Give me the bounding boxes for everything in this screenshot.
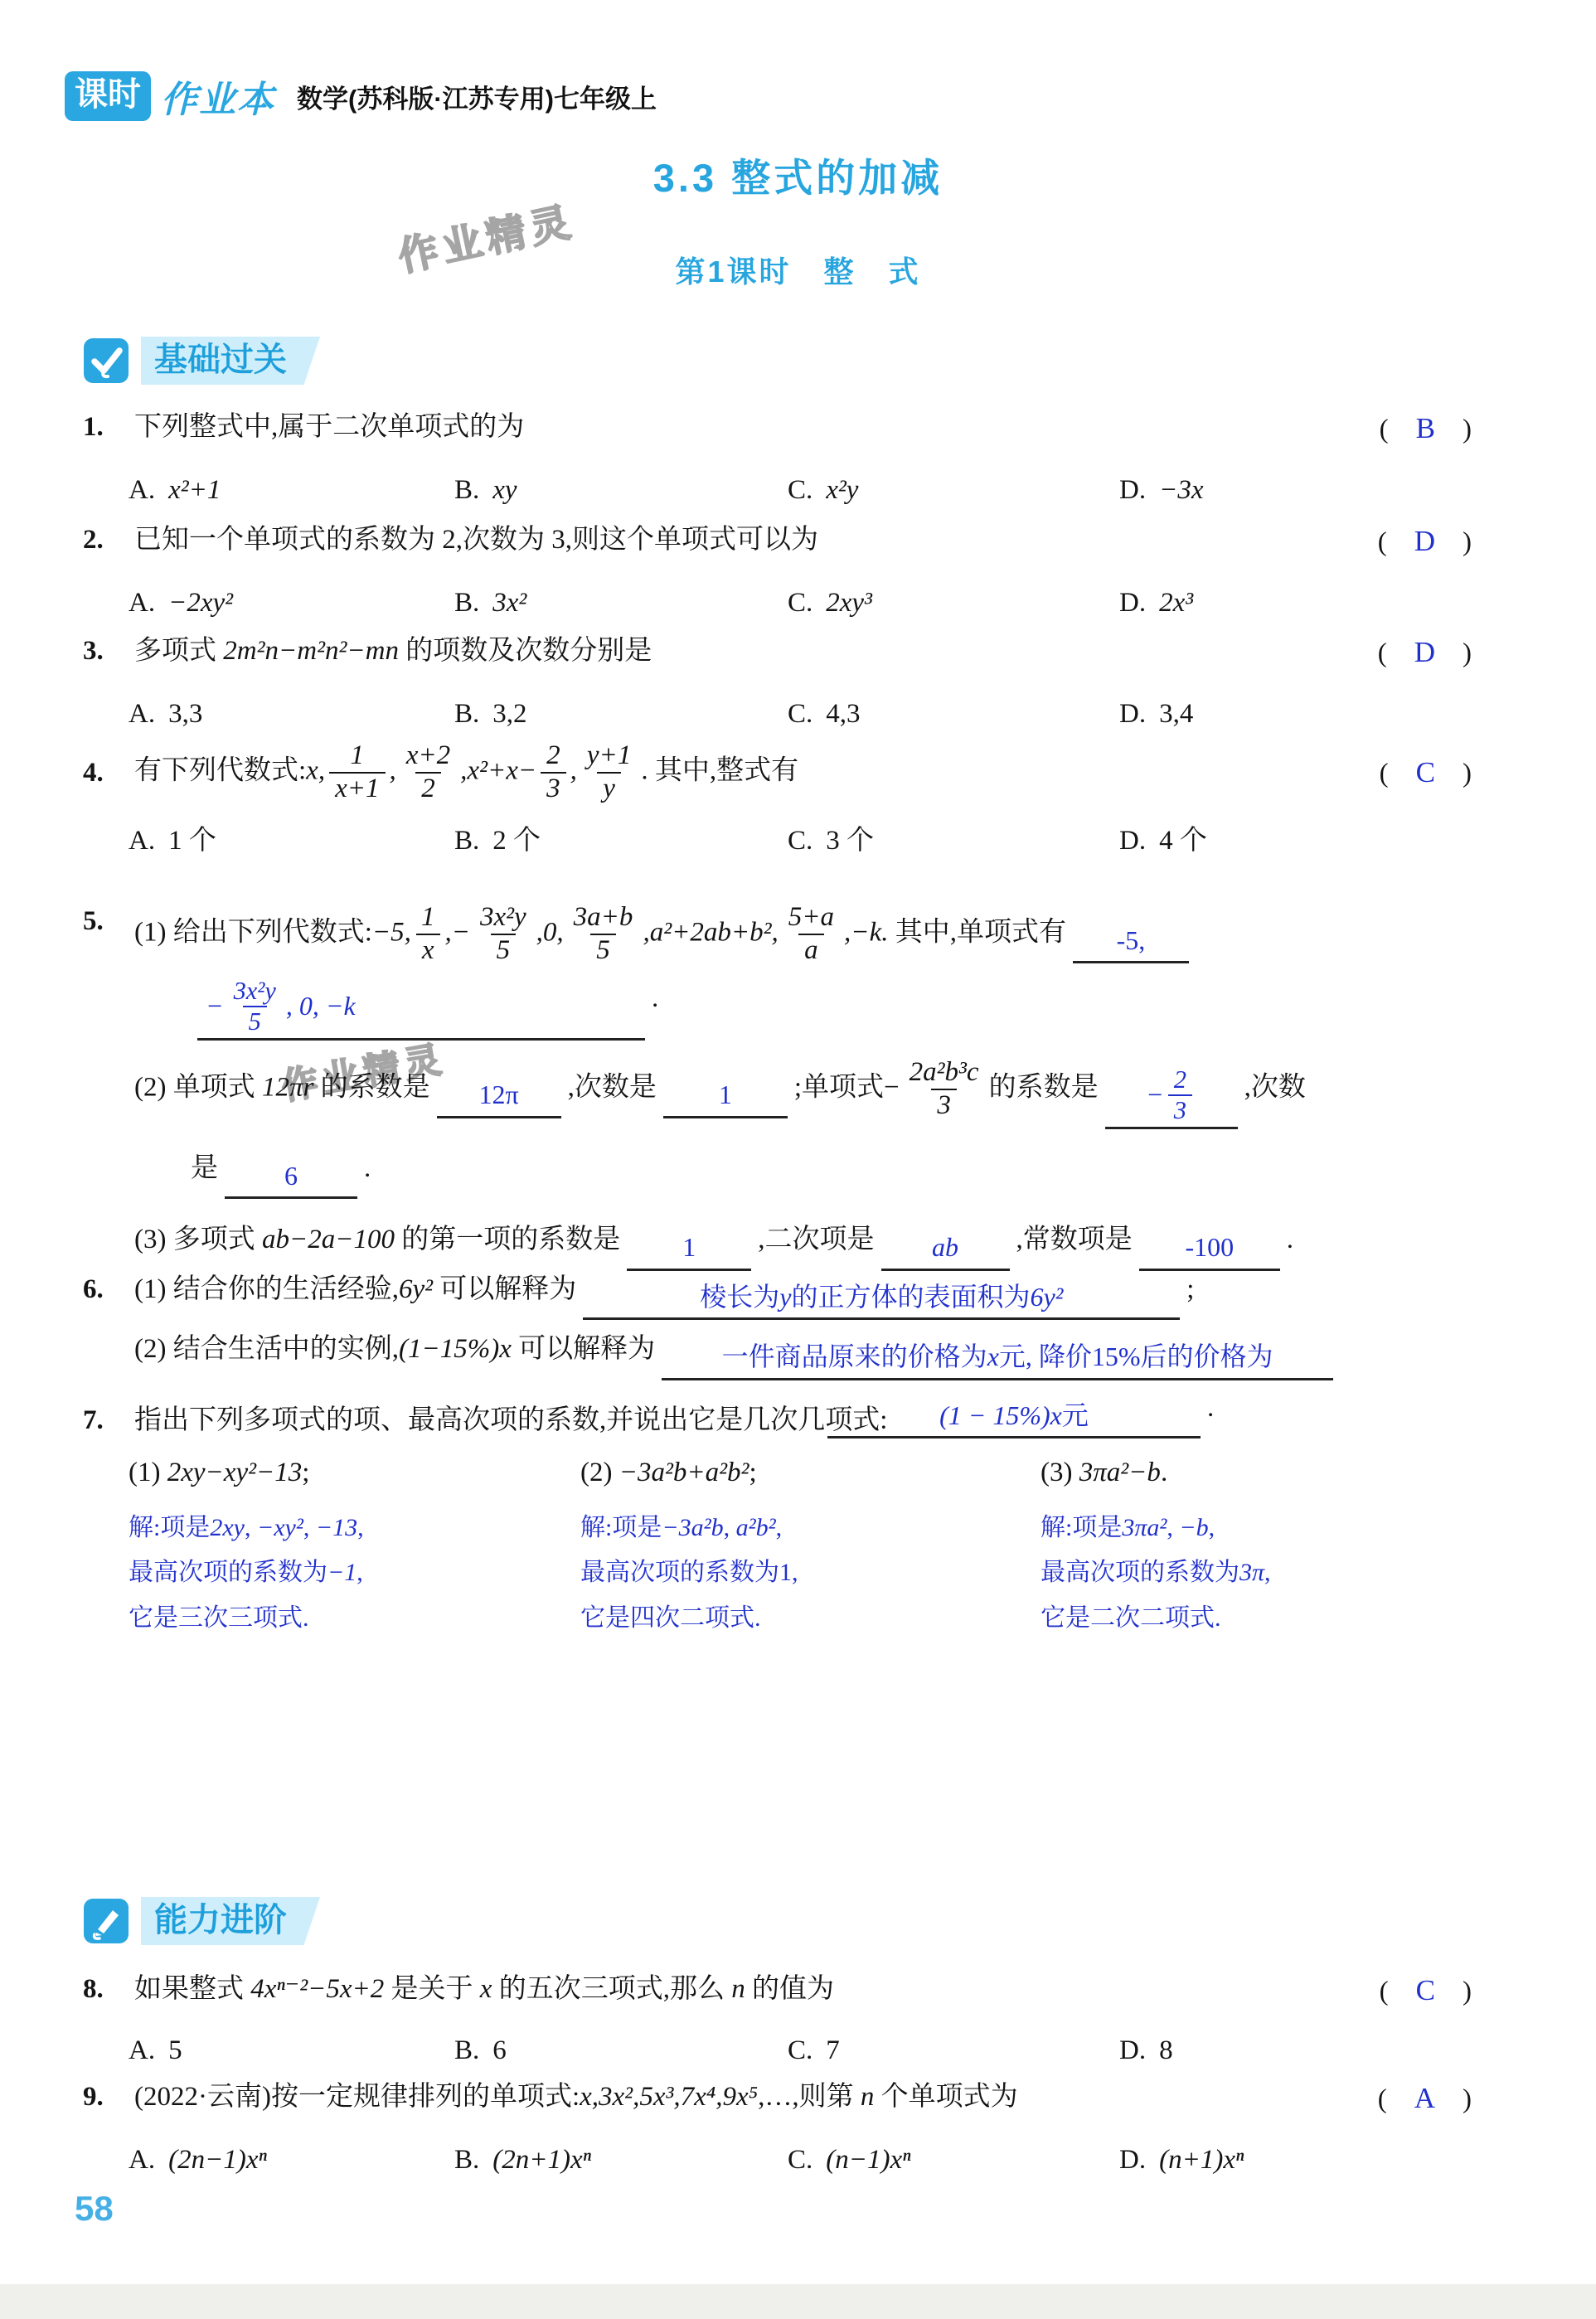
question-stem-row: 8. 如果整式 4xⁿ⁻²−5x+2 是关于 x 的五次三项式,那么 n 的值为… [83, 1970, 1509, 2011]
math-token: x²+1 [168, 475, 221, 505]
answer-parens: ( D ) [1293, 521, 1509, 562]
subproblem-3: (3) 3πa²−b. 解:项是3πa², −b, 最高次项的系数为3π, 它是… [1041, 1453, 1509, 1642]
answer-continuation-line: −3x²y5, 0, −k. [83, 977, 1509, 1041]
text-token: , [792, 1559, 798, 1586]
math-token: ,0, [536, 918, 564, 948]
text-token: ,二次项是 [758, 1225, 874, 1254]
text-token: , [1167, 1514, 1179, 1541]
text-token: ( [1378, 2084, 1414, 2114]
math-token: x, [306, 756, 325, 786]
question-stem-row: 5. (1) 给出下列代数式:−5,1x,−3x²y5,0,3a+b5,a²+2… [83, 902, 1509, 967]
brand-logo-text: 作业本 [161, 70, 275, 123]
text-token: ,次数是 [568, 1072, 657, 1102]
check-icon [83, 337, 129, 384]
text-token: ( [1378, 527, 1414, 557]
option-b: B.xy [454, 471, 788, 510]
option-c: C.7 [788, 2031, 1119, 2070]
options-row: A.−2xy² B.3x² C.2xy³ D.2x³ [83, 584, 1509, 623]
text-token: . [364, 1153, 371, 1183]
edition-text: 数学(苏科版·江苏专用)七年级上 [297, 78, 657, 115]
text-token: 它是三次三项式. [129, 1604, 309, 1632]
text-token: ) [1435, 759, 1472, 788]
text-token: ( [1380, 415, 1416, 444]
text-token: ) [1435, 415, 1472, 444]
option-a: A.−2xy² [129, 584, 454, 623]
text-token: , [1264, 1559, 1271, 1586]
section-advanced-badge: 能力进阶 [83, 1897, 320, 1945]
option-c: C.4,3 [788, 695, 1119, 734]
math-token: ab−2a−100 [262, 1225, 395, 1254]
fraction: 1x [415, 902, 441, 967]
math-token: 6y² [399, 1274, 433, 1304]
question-stem-row: 1. 下列整式中,属于二次单项式的为 ( B ) [83, 408, 1509, 449]
page-number: 58 [75, 2189, 114, 2229]
math-token: , 0, −k [286, 987, 356, 1025]
text-token: 的系数是 [313, 1072, 429, 1102]
text-token: 其中,单项式有 [888, 918, 1066, 948]
math-token: (1−15%)x [399, 1334, 512, 1364]
text-token: ( [1380, 1977, 1416, 2006]
numeric-token: 1 个 [168, 826, 216, 856]
option-b: B.6 [454, 2031, 788, 2070]
subproblem-expression: (1) 2xy−xy²−13; [129, 1453, 580, 1492]
answer-letter: D [1414, 636, 1435, 668]
text-token: ,次数 [1244, 1072, 1306, 1102]
question-5: 5. (1) 给出下列代数式:−5,1x,−3x²y5,0,3a+b5,a²+2… [83, 902, 1509, 1271]
option-c: C.(n−1)xⁿ [788, 2141, 1119, 2180]
sub-question-2-continuation: 是6. [83, 1149, 1509, 1199]
numeric-token: 4 个 [1159, 826, 1207, 856]
question-stem-row: 7. 指出下列多项式的项、最高次项的系数,并说出它是几次几项式: [83, 1401, 1509, 1440]
fill-in-blank: ab [881, 1229, 1010, 1270]
text-token: ; [1186, 1274, 1194, 1304]
numeric-token: 7 [826, 2035, 840, 2065]
text-token: 个单项式为 [874, 2082, 1017, 2112]
numeric-token: 8 [1159, 2035, 1173, 2065]
math-token: (2n−1)xⁿ [168, 2145, 267, 2175]
question-number: 1. [83, 408, 134, 447]
text-token: 如果整式 [134, 1974, 250, 2004]
math-token: 2xy³ [826, 588, 872, 618]
math-token: −3a²b [662, 1514, 723, 1541]
option-c: C.x²y [788, 471, 1119, 510]
text-token: 最高次项的系数为 [580, 1559, 779, 1586]
workbook-page: 课时 作业本 数学(苏科版·江苏专用)七年级上 作业精灵 作业精灵 3.3 整式… [0, 0, 1596, 2319]
text-token: ( [1380, 759, 1416, 788]
question-number: 4. [83, 754, 134, 793]
subproblem-columns: (1) 2xy−xy²−13; 解:项是2xy, −xy², −13, 最高次项… [83, 1453, 1509, 1642]
option-d: D.(n+1)xⁿ [1119, 2141, 1509, 2180]
answer-parens: ( D ) [1293, 632, 1509, 673]
numeric-token: 1 [719, 1076, 732, 1113]
text-token: (3) [1041, 1458, 1079, 1487]
math-token: 3x² [492, 588, 526, 618]
option-c: C.2xy³ [788, 584, 1119, 623]
math-token: −13 [316, 1514, 357, 1541]
numeric-token: 6 [492, 2035, 507, 2065]
question-number: 6. [83, 1270, 134, 1309]
math-token: n [861, 2082, 875, 2112]
question-text: (1) 给出下列代数式:−5,1x,−3x²y5,0,3a+b5,a²+2ab+… [134, 902, 1509, 967]
question-3: 3. 多项式 2m²n−m²n²−mn 的项数及次数分别是 ( D ) A.3,… [83, 632, 1509, 734]
text-token: ; [302, 1458, 309, 1487]
math-token: ab [932, 1229, 958, 1266]
text-token: (3) 多项式 [134, 1225, 262, 1254]
fill-in-blank: -100 [1139, 1229, 1280, 1270]
text-token: 解:项是 [1041, 1514, 1122, 1541]
text-token: 的第一项的系数是 [395, 1225, 620, 1254]
question-7: 7. 指出下列多项式的项、最高次项的系数,并说出它是几次几项式: (1) 2xy… [83, 1401, 1509, 1642]
question-stem-row: 2. 已知一个单项式的系数为 2,次数为 3,则这个单项式可以为 ( D ) [83, 521, 1509, 562]
text-token: , [245, 1514, 257, 1541]
text-token: (2) 结合生活中的实例, [134, 1334, 399, 1364]
text-token: 最高次项的系数为 [1041, 1559, 1239, 1586]
answer-letter: B [1416, 412, 1435, 444]
numeric-token: 4,3 [826, 699, 860, 729]
text-token: 指出下列多项式的项、最高次项的系数,并说出它是几次几项式: [134, 1405, 887, 1435]
options-row: A.5 B.6 C.7 D.8 [83, 2031, 1509, 2070]
answer-parens: ( C ) [1293, 752, 1509, 793]
text-token: (1) 给出下列代数式: [134, 918, 372, 948]
question-text: 下列整式中,属于二次单项式的为 [134, 408, 1293, 447]
text-token: ; [749, 1458, 756, 1487]
math-token: ,− [444, 918, 470, 948]
text-token: ) [1435, 527, 1472, 557]
math-token: 2xy [210, 1514, 245, 1541]
text-token: . [1287, 1225, 1293, 1254]
question-text: 多项式 2m²n−m²n²−mn 的项数及次数分别是 [134, 632, 1293, 671]
fraction: 5+aa [783, 902, 840, 967]
option-b: B.3,2 [454, 695, 788, 734]
solution-text: 解:项是3πa², −b, 最高次项的系数为3π, 它是二次二项式. [1041, 1506, 1509, 1642]
answer-letter: D [1414, 525, 1435, 557]
question-number: 7. [83, 1401, 134, 1440]
fill-in-blank: 1 [663, 1076, 788, 1118]
fraction: 23 [541, 740, 566, 805]
math-token: y [779, 1278, 791, 1316]
section-advanced-label: 能力进阶 [141, 1897, 320, 1945]
solution-text: 解:项是−3a²b, a²b², 最高次项的系数为1, 它是四次二项式. [580, 1506, 1041, 1642]
math-token: −3x [1159, 475, 1203, 505]
page-header: 课时 作业本 数学(苏科版·江苏专用)七年级上 [65, 70, 657, 123]
math-token: a²b² [736, 1514, 776, 1541]
fraction: 23 [1168, 1065, 1192, 1125]
math-token: 3π [1239, 1559, 1264, 1586]
option-d: D.4 个 [1119, 822, 1509, 861]
text-token: 是关于 [384, 1974, 480, 2004]
option-c: C.3 个 [788, 822, 1119, 861]
text-token: 的值为 [745, 1974, 834, 2004]
question-text: 有下列代数式:x,1x+1,x+22,x²+x−23,y+1y. 其中,整式有 [134, 740, 1293, 805]
answer-parens: ( C ) [1293, 1970, 1509, 2011]
text-token: ( [1378, 638, 1414, 668]
fill-in-blank: -5, [1073, 922, 1189, 963]
math-token: −xy² [257, 1514, 303, 1541]
text-token: . [1161, 1458, 1167, 1487]
numeric-token: 1 [779, 1559, 792, 1586]
option-b: B.3x² [454, 584, 788, 623]
math-token: −2xy² [168, 588, 233, 618]
math-token: 12πr [262, 1072, 313, 1102]
text-token: 下列整式中,属于二次单项式的为 [134, 412, 524, 442]
scan-edge [0, 2284, 1596, 2319]
text-token: ,常数项是 [1016, 1225, 1133, 1254]
math-token: 2xy−xy²−13 [167, 1458, 303, 1487]
text-token: 的正方体的表面积为 [791, 1278, 1030, 1316]
fraction: y+1y [581, 740, 637, 805]
text-token: . 其中,整式有 [641, 756, 798, 786]
numeric-token: 3,3 [168, 699, 202, 729]
text-token: ) [1435, 1977, 1472, 2006]
option-d: D.8 [1119, 2031, 1509, 2070]
pen-icon [83, 1898, 129, 1944]
option-b: B.2 个 [454, 822, 788, 861]
options-row: A.(2n−1)xⁿ B.(2n+1)xⁿ C.(n−1)xⁿ D.(n+1)x… [83, 2141, 1509, 2180]
math-token: (n+1)xⁿ [1159, 2145, 1244, 2175]
text-token: ;单项式− [794, 1072, 900, 1102]
chapter-title: 3.3 整式的加减 [0, 148, 1596, 203]
math-token: ,−k. [844, 918, 888, 948]
numeric-token: -100 [1185, 1229, 1234, 1266]
math-token: − [206, 987, 224, 1025]
text-token: , [776, 1514, 783, 1541]
solution-text: 解:项是2xy, −xy², −13, 最高次项的系数为−1, 它是三次三项式. [129, 1506, 580, 1642]
text-token: 棱长为 [700, 1278, 779, 1316]
text-token: 已知一个单项式的系数为 2,次数为 3,则这个单项式可以为 [134, 525, 818, 555]
numeric-token: 2 个 [492, 826, 541, 856]
question-text: (1) 结合你的生活经验,6y² 可以解释为棱长为y的正方体的表面积为6y²; [134, 1270, 1509, 1320]
question-stem-row: 4. 有下列代数式:x,1x+1,x+22,x²+x−23,y+1y. 其中,整… [83, 740, 1509, 805]
text-token: 可以解释为 [433, 1274, 576, 1304]
brand-logo-box: 课时 [65, 71, 151, 121]
math-token: 2x³ [1159, 588, 1193, 618]
fill-in-blank: 一件商品原来的价格为x元, 降价15%后的价格为 [662, 1338, 1333, 1380]
math-token: 3πa²−b [1079, 1458, 1161, 1487]
numeric-token: 3,4 [1159, 699, 1193, 729]
text-token: (1) [129, 1458, 167, 1487]
numeric-token: 1 [682, 1229, 696, 1266]
fill-in-blank: 6 [225, 1157, 357, 1199]
text-token: 多项式 [134, 636, 223, 666]
fill-in-blank: −3x²y5, 0, −k [197, 977, 645, 1041]
text-token: (2) 单项式 [134, 1072, 262, 1102]
options-row: A.3,3 B.3,2 C.4,3 D.3,4 [83, 695, 1509, 734]
option-a: A.(2n−1)xⁿ [129, 2141, 454, 2180]
fraction: x+22 [400, 740, 456, 805]
math-token: n [731, 1974, 745, 2004]
math-token: x²y [826, 475, 858, 505]
text-token: (2022·云南)按一定规律排列的单项式: [134, 2082, 580, 2112]
answer-letter: C [1416, 1974, 1435, 2006]
question-text: 如果整式 4xⁿ⁻²−5x+2 是关于 x 的五次三项式,那么 n 的值为 [134, 1970, 1293, 2009]
fill-in-blank: 1 [627, 1229, 751, 1270]
math-token: −3a²b+a²b² [619, 1458, 749, 1487]
math-token: 3πa² [1122, 1514, 1167, 1541]
text-token: , [1209, 1514, 1215, 1541]
fill-in-blank: −23 [1105, 1065, 1238, 1129]
text-token: ) [1435, 2084, 1472, 2114]
fraction: 1x+1 [329, 740, 385, 805]
question-stem-row: 9. (2022·云南)按一定规律排列的单项式:x,3x²,5x³,7x⁴,9x… [83, 2078, 1509, 2119]
text-token: 是 [191, 1153, 218, 1183]
question-8: 8. 如果整式 4xⁿ⁻²−5x+2 是关于 x 的五次三项式,那么 n 的值为… [83, 1970, 1509, 2070]
fraction: 3a+b5 [568, 902, 639, 967]
numeric-token: 6 [284, 1157, 298, 1195]
text-token: , [357, 1514, 364, 1541]
text-token: 的五次三项式,那么 [492, 1974, 731, 2004]
text-token: (2) [580, 1458, 619, 1487]
text-token: 的系数是 [989, 1072, 1099, 1102]
text-token: 它是二次二项式. [1041, 1604, 1221, 1632]
math-token: ,x²+x− [460, 756, 536, 786]
math-token: x [987, 1338, 999, 1375]
numeric-token: 3 个 [826, 826, 874, 856]
text-token: 一件商品原来的价格为 [722, 1338, 987, 1375]
section-basic-label: 基础过关 [141, 337, 320, 385]
math-token: −1 [327, 1559, 357, 1586]
subproblem-expression: (2) −3a²b+a²b²; [580, 1453, 1041, 1492]
lesson-subtitle: 第1课时 整 式 [0, 249, 1596, 291]
sub-question-2: (2) 结合生活中的实例,(1−15%)x 可以解释为一件商品原来的价格为x元,… [83, 1330, 1509, 1380]
math-token: (2n+1)xⁿ [492, 2145, 591, 2175]
question-text: (2022·云南)按一定规律排列的单项式:x,3x²,5x³,7x⁴,9x⁵,…… [134, 2078, 1293, 2117]
text-token: 它是四次二项式. [580, 1604, 761, 1632]
text-token: , [724, 1514, 736, 1541]
text-token: (1) 结合你的生活经验, [134, 1274, 399, 1304]
text-token: , [303, 1514, 316, 1541]
text-token: , [357, 1559, 363, 1586]
question-1: 1. 下列整式中,属于二次单项式的为 ( B ) A.x²+1 B.xy C.x… [83, 408, 1509, 510]
math-token: (n−1)xⁿ [826, 2145, 910, 2175]
math-token: ,a²+2ab+b², [643, 918, 778, 948]
numeric-token: 12π [479, 1076, 519, 1113]
math-token: 4xⁿ⁻²−5x+2 [250, 1974, 384, 2004]
text-token: 有下列代数式: [134, 756, 306, 786]
question-text: 已知一个单项式的系数为 2,次数为 3,则这个单项式可以为 [134, 521, 1293, 560]
question-number: 5. [83, 902, 134, 941]
text-token: . [652, 983, 658, 1013]
math-token: − [1146, 1076, 1164, 1113]
options-row: A.1 个 B.2 个 C.3 个 D.4 个 [83, 822, 1509, 861]
fraction: 2a²b³c3 [904, 1057, 985, 1122]
text-token: ,…,则第 [758, 2082, 861, 2112]
answer-letter: C [1416, 756, 1435, 788]
math-token: x,3x²,5x³,7x⁴,9x⁵ [580, 2082, 758, 2112]
math-token: −5, [372, 918, 411, 948]
math-token: 2m²n−m²n²−mn [223, 636, 399, 666]
subproblem-2: (2) −3a²b+a²b²; 解:项是−3a²b, a²b², 最高次项的系数… [580, 1453, 1041, 1642]
fraction: 3x²y5 [474, 902, 532, 967]
subproblem-expression: (3) 3πa²−b. [1041, 1453, 1509, 1492]
math-token: −b [1179, 1514, 1208, 1541]
sub-question-2: (2) 单项式 12πr 的系数是12π,次数是1;单项式−2a²b³c3的系数… [83, 1057, 1509, 1129]
question-text: 指出下列多项式的项、最高次项的系数,并说出它是几次几项式: [134, 1401, 1509, 1440]
option-d: D.2x³ [1119, 584, 1509, 623]
subproblem-1: (1) 2xy−xy²−13; 解:项是2xy, −xy², −13, 最高次项… [129, 1453, 580, 1642]
math-token: xy [492, 475, 517, 505]
question-stem-row: 3. 多项式 2m²n−m²n²−mn 的项数及次数分别是 ( D ) [83, 632, 1509, 673]
numeric-token: -5, [1117, 922, 1146, 959]
text-token: ) [1435, 638, 1472, 668]
answer-letter: A [1414, 2082, 1435, 2114]
text-token: 解:项是 [129, 1514, 210, 1541]
answer-parens: ( B ) [1293, 408, 1509, 449]
options-row: A.x²+1 B.xy C.x²y D.−3x [83, 471, 1509, 510]
question-number: 9. [83, 2078, 134, 2117]
math-token: , [570, 756, 577, 786]
text-token: 元, 降价15%后的价格为 [999, 1338, 1273, 1375]
option-a: A.x²+1 [129, 471, 454, 510]
option-d: D.−3x [1119, 471, 1509, 510]
sub-question-3: (3) 多项式 ab−2a−100 的第一项的系数是1,二次项是ab,常数项是-… [83, 1220, 1509, 1270]
question-number: 2. [83, 521, 134, 560]
question-4: 4. 有下列代数式:x,1x+1,x+22,x²+x−23,y+1y. 其中,整… [83, 740, 1509, 861]
fraction: 3x²y5 [228, 977, 282, 1036]
math-token: x [480, 1974, 492, 2004]
text-token: 最高次项的系数为 [129, 1559, 327, 1586]
option-a: A.1 个 [129, 822, 454, 861]
option-d: D.3,4 [1119, 695, 1509, 734]
math-token: , [390, 756, 396, 786]
option-b: B.(2n+1)xⁿ [454, 2141, 788, 2180]
question-2: 2. 已知一个单项式的系数为 2,次数为 3,则这个单项式可以为 ( D ) A… [83, 521, 1509, 623]
answer-parens: ( A ) [1293, 2078, 1509, 2119]
text-token: 的项数及次数分别是 [399, 636, 652, 666]
fill-in-blank: 12π [437, 1076, 561, 1118]
numeric-token: 3,2 [492, 699, 526, 729]
text-token: 可以解释为 [512, 1334, 655, 1364]
math-token: 6y² [1031, 1278, 1064, 1316]
section-basic-badge: 基础过关 [83, 337, 320, 385]
question-stem-row: 6. (1) 结合你的生活经验,6y² 可以解释为棱长为y的正方体的表面积为6y… [83, 1270, 1509, 1320]
numeric-token: 5 [168, 2035, 182, 2065]
question-number: 3. [83, 632, 134, 671]
option-a: A.5 [129, 2031, 454, 2070]
text-token: 解:项是 [580, 1514, 662, 1541]
fill-in-blank: 棱长为y的正方体的表面积为6y² [583, 1278, 1180, 1320]
question-9: 9. (2022·云南)按一定规律排列的单项式:x,3x²,5x³,7x⁴,9x… [83, 2078, 1509, 2180]
question-number: 8. [83, 1970, 134, 2009]
option-a: A.3,3 [129, 695, 454, 734]
